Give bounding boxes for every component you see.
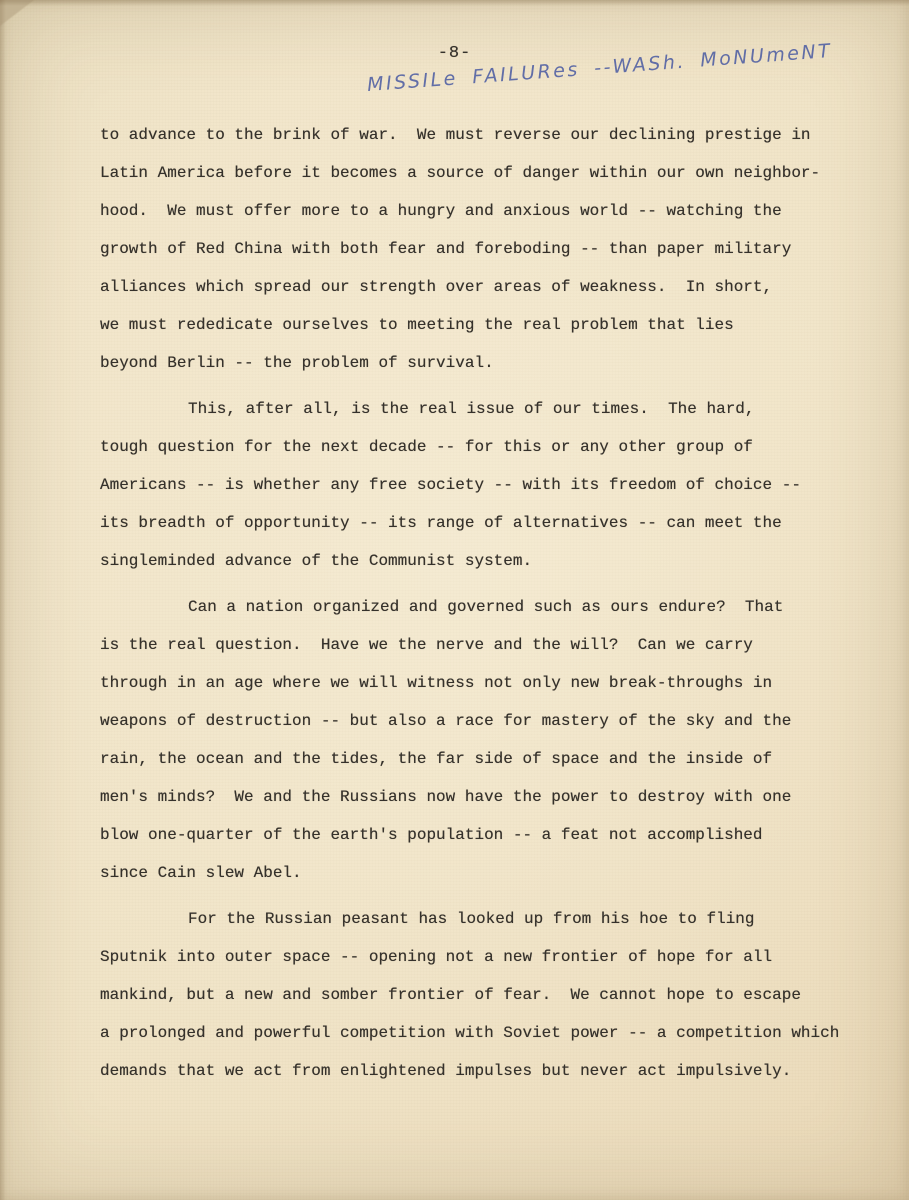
typewritten-line: alliances which spread our strength over… — [100, 268, 870, 306]
typewritten-line: tough question for the next decade -- fo… — [100, 428, 870, 466]
paragraph: Can a nation organized and governed such… — [100, 588, 870, 892]
typewritten-line: weapons of destruction -- but also a rac… — [100, 702, 870, 740]
page-edge-shadow-top — [0, 0, 909, 6]
typewritten-line: is the real question. Have we the nerve … — [100, 626, 870, 664]
typewritten-line: hood. We must offer more to a hungry and… — [100, 192, 870, 230]
page-edge-shadow-left — [0, 0, 6, 1200]
typewritten-line: blow one-quarter of the earth's populati… — [100, 816, 870, 854]
document-page: -8- MISSILe FAILURes --WASh. MoNUmeNT to… — [0, 0, 909, 1200]
typewritten-line: its breadth of opportunity -- its range … — [100, 504, 870, 542]
typewritten-line: beyond Berlin -- the problem of survival… — [100, 344, 870, 382]
paragraph: This, after all, is the real issue of ou… — [100, 390, 870, 580]
typewritten-line: demands that we act from enlightened imp… — [100, 1052, 870, 1090]
document-body: to advance to the brink of war. We must … — [100, 116, 870, 1090]
typewritten-line: men's minds? We and the Russians now hav… — [100, 778, 870, 816]
paragraph: to advance to the brink of war. We must … — [100, 116, 870, 382]
typewritten-line: a prolonged and powerful competition wit… — [100, 1014, 870, 1052]
typewritten-line: singleminded advance of the Communist sy… — [100, 542, 870, 580]
typewritten-line: This, after all, is the real issue of ou… — [100, 390, 870, 428]
typewritten-line: growth of Red China with both fear and f… — [100, 230, 870, 268]
typewritten-line: Latin America before it becomes a source… — [100, 154, 870, 192]
typewritten-line: to advance to the brink of war. We must … — [100, 116, 870, 154]
typewritten-line: Can a nation organized and governed such… — [100, 588, 870, 626]
typewritten-line: Sputnik into outer space -- opening not … — [100, 938, 870, 976]
typewritten-line: since Cain slew Abel. — [100, 854, 870, 892]
paragraph: For the Russian peasant has looked up fr… — [100, 900, 870, 1090]
typewritten-line: rain, the ocean and the tides, the far s… — [100, 740, 870, 778]
typewritten-line: through in an age where we will witness … — [100, 664, 870, 702]
typewritten-line: Americans -- is whether any free society… — [100, 466, 870, 504]
typewritten-line: mankind, but a new and somber frontier o… — [100, 976, 870, 1014]
typewritten-line: For the Russian peasant has looked up fr… — [100, 900, 870, 938]
typewritten-line: we must rededicate ourselves to meeting … — [100, 306, 870, 344]
